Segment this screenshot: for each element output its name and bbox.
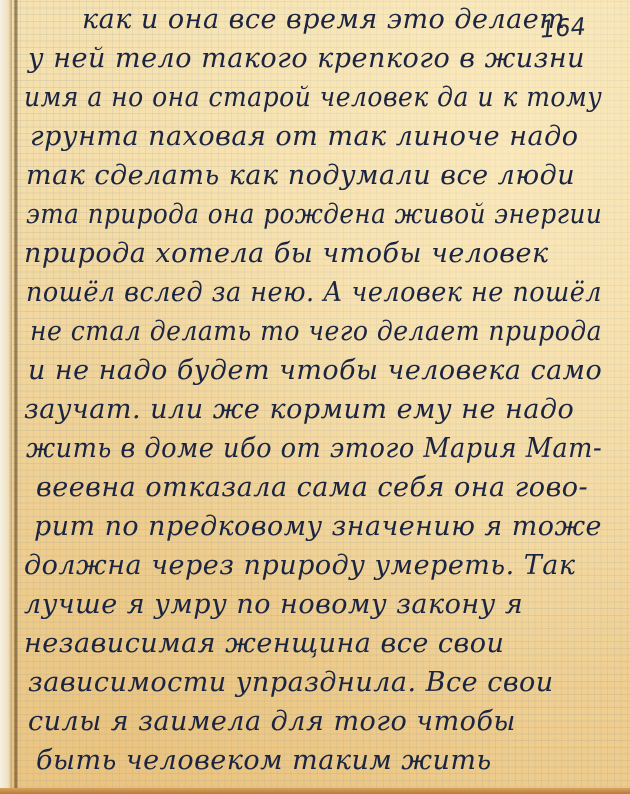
text-line: лучше я умру по новому закону я: [24, 589, 523, 620]
text-line: пошёл вслед за нею. А человек не пошёл: [26, 277, 602, 308]
text-line: не стал делать то чего делает природа: [30, 316, 602, 347]
margin-line: [14, 0, 18, 794]
text-line: грунта паховая от так линоче надо: [30, 121, 578, 152]
text-line: природа хотела бы чтобы человек: [24, 238, 549, 269]
text-line: заучат. или же кормит ему не надо: [24, 394, 574, 425]
text-line: у ней тело такого крепкого в жизни: [28, 43, 585, 74]
text-line: как и она все время это делает: [82, 4, 565, 35]
text-line: силы я заимела для того чтобы: [28, 706, 516, 737]
text-line: быть человеком таким жить: [36, 745, 492, 776]
page-bottom-edge: [0, 788, 630, 794]
page-binding-edge: [0, 0, 12, 794]
notebook-page: 164 как и она все время это делает у ней…: [0, 0, 630, 794]
text-line: так сделать как подумали все люди: [26, 160, 575, 191]
text-line: и не надо будет чтобы человека само: [28, 355, 602, 386]
text-line: независимая женщина все свои: [24, 628, 504, 659]
text-line: должна через природу умереть. Так: [24, 550, 576, 581]
text-line: эта природа она рождена живой энергии: [26, 199, 602, 230]
text-line: веевна отказала сама себя она гово-: [36, 472, 588, 503]
text-line: имя а но она старой человек да и к тому: [24, 82, 602, 113]
text-line: рит по предковому значению я тоже: [34, 511, 602, 542]
text-line: жить в доме ибо от этого Мария Мат-: [26, 433, 602, 464]
text-line: зависимости упразднила. Все свои: [28, 667, 554, 698]
